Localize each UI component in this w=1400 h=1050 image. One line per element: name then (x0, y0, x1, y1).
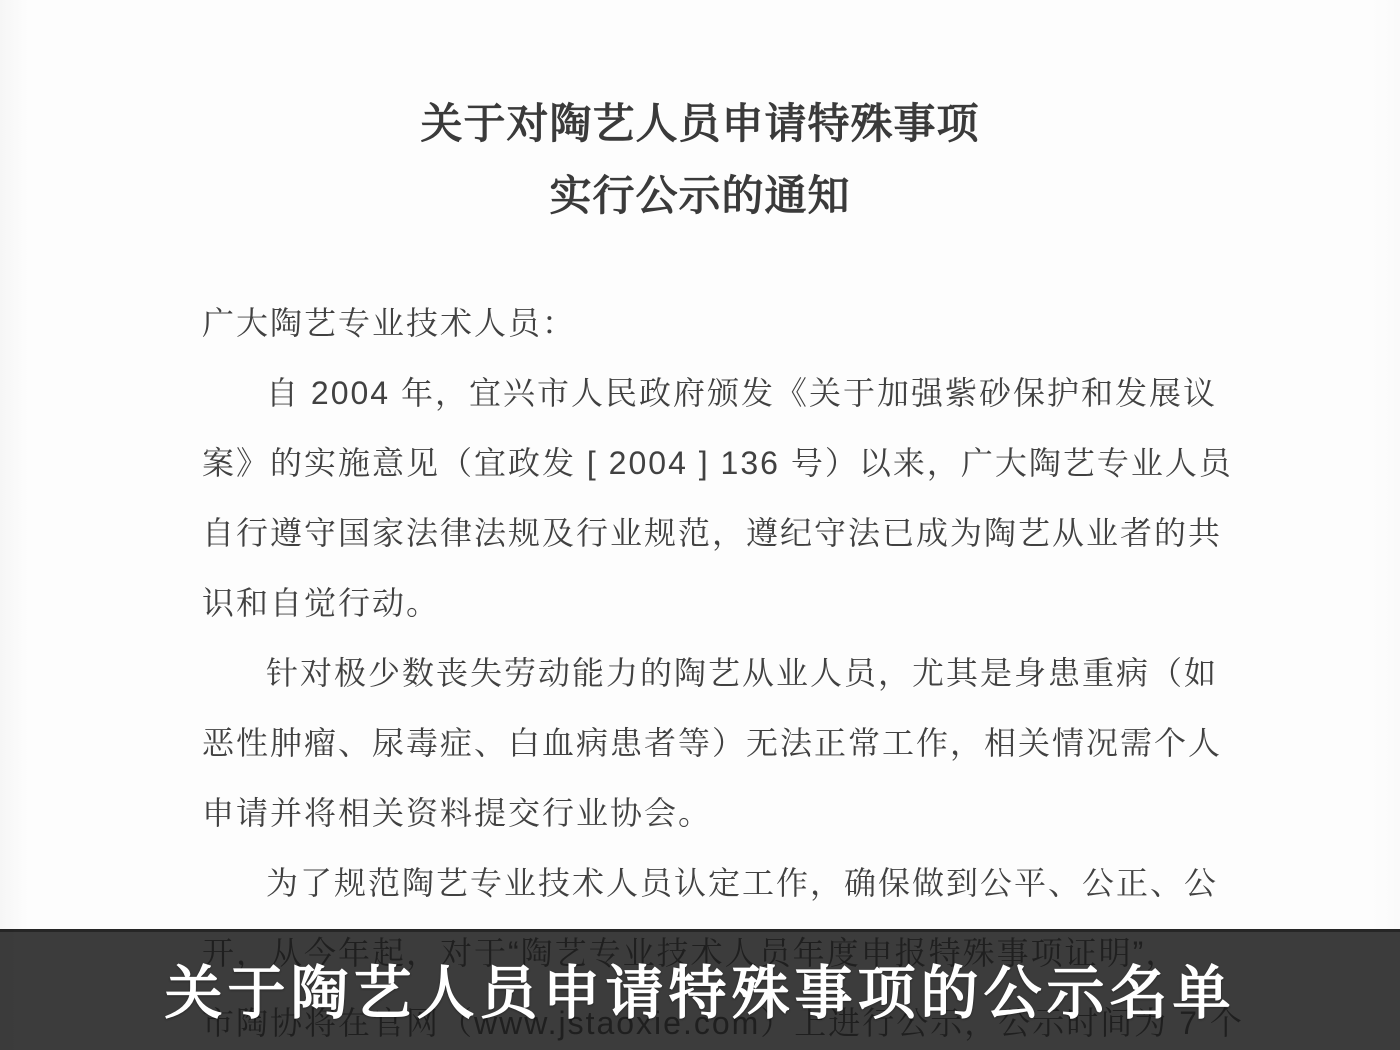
caption-banner-overlay: 关于陶艺人员申请特殊事项的公示名单 (0, 929, 1400, 1050)
scanned-document-page: 关于对陶艺人员申请特殊事项 实行公示的通知 广大陶艺专业技术人员： 自 2004… (0, 0, 1400, 1050)
body-line: 案》的实施意见（宜政发 [ 2004 ] 136 号）以来，广大陶艺专业人员 (202, 428, 1222, 498)
body-line: 申请并将相关资料提交行业协会。 (202, 778, 1222, 848)
body-line: 自行遵守国家法律法规及行业规范，遵纪守法已成为陶艺从业者的共 (202, 498, 1222, 568)
document-title-line-1: 关于对陶艺人员申请特殊事项 (0, 88, 1400, 160)
document-title: 关于对陶艺人员申请特殊事项 实行公示的通知 (0, 88, 1400, 232)
salutation-line: 广大陶艺专业技术人员： (202, 288, 1222, 358)
body-line: 针对极少数丧失劳动能力的陶艺从业人员，尤其是身患重病（如 (202, 638, 1222, 708)
caption-banner-title: 关于陶艺人员申请特殊事项的公示名单 (164, 946, 1235, 1030)
screenshot-root: 关于对陶艺人员申请特殊事项 实行公示的通知 广大陶艺专业技术人员： 自 2004… (0, 0, 1400, 1050)
body-line: 为了规范陶艺专业技术人员认定工作，确保做到公平、公正、公 (202, 848, 1222, 918)
body-line: 识和自觉行动。 (202, 568, 1222, 638)
document-title-line-2: 实行公示的通知 (0, 160, 1400, 232)
body-line: 自 2004 年，宜兴市人民政府颁发《关于加强紫砂保护和发展议 (202, 358, 1222, 428)
body-line: 恶性肿瘤、尿毒症、白血病患者等）无法正常工作，相关情况需个人 (202, 708, 1222, 778)
